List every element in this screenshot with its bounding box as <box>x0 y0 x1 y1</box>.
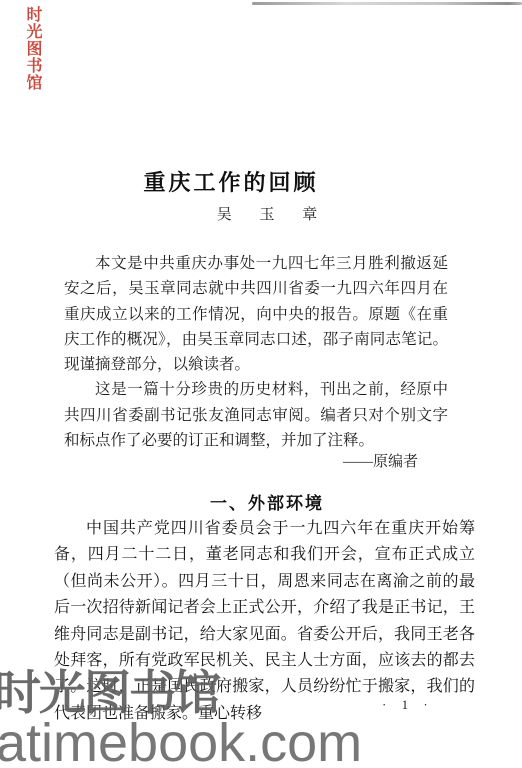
editor-signature: ——原编者 <box>64 450 418 471</box>
preface-paragraph-2: 这是一篇十分珍贵的历史材料，刊出之前，经原中共四川省委副书记张友渔同志审阅。编者… <box>64 377 448 453</box>
doc-author: 吴 玉 章 <box>0 203 522 224</box>
book-page-scan: 时光图书馆 重庆工作的回顾 吴 玉 章 本文是中共重庆办事处一九四七年三月胜利撤… <box>0 0 522 768</box>
preface-block: 本文是中共重庆办事处一九四七年三月胜利撤返延安之后，吴玉章同志就中共四川省委一九… <box>64 251 448 453</box>
library-red-stamp: 时光图书馆 <box>24 6 40 91</box>
page-number: · 1 · <box>382 697 434 713</box>
doc-title: 重庆工作的回顾 <box>0 166 462 197</box>
section-heading: 一、外部环境 <box>0 489 522 514</box>
preface-paragraph-1: 本文是中共重庆办事处一九四七年三月胜利撤返延安之后，吴玉章同志就中共四川省委一九… <box>64 251 448 377</box>
watermark-site-url: atimebook.com <box>0 712 362 768</box>
scan-artifact-line <box>252 2 522 5</box>
